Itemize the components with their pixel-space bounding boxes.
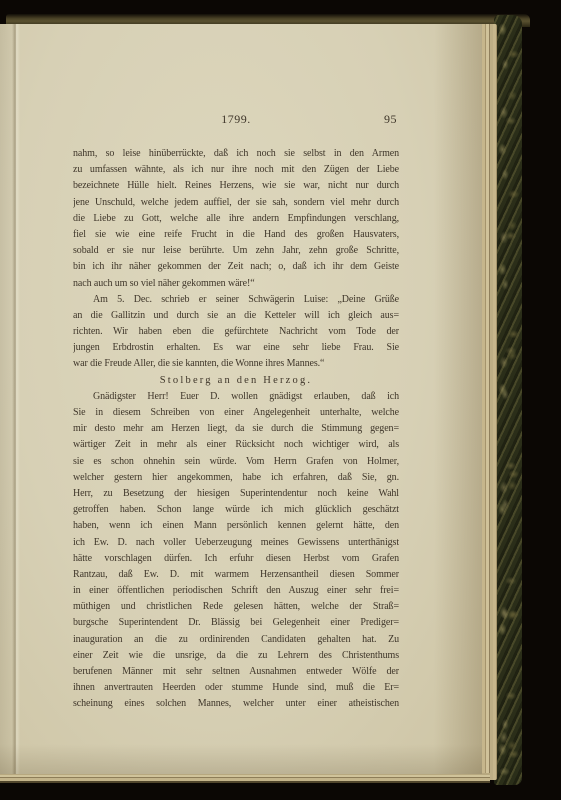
printed-area: 1799. 95 nahm, so leise hinüberrückte, d… — [73, 112, 399, 713]
text-line: getroffen haben. Schon lange würde ich m… — [73, 502, 399, 518]
text-block: nahm, so leise hinüberrückte, daß ich no… — [73, 146, 399, 713]
text-line: scheinung eines solchen Mannes, welcher … — [73, 696, 399, 712]
text-line: Sie in diesem Schreiben von einer Angele… — [73, 405, 399, 421]
text-line: Rantzau, daß Ew. D. mit warmem Herzensan… — [73, 567, 399, 583]
text-line: wärtiger Zeit in mehr als einer Rücksich… — [73, 437, 399, 453]
text-line: jungen Erbdrostin erhalten. Es war eine … — [73, 340, 399, 356]
section-heading: Stolberg an den Herzog. — [73, 373, 399, 389]
text-line: Am 5. Dec. schrieb er seiner Schwägerin … — [73, 292, 399, 308]
text-line: haben, wenn ich einen Mann persönlich ke… — [73, 518, 399, 534]
text-line: bin ich ihr näher gekommen der Zeit nach… — [73, 259, 399, 275]
text-line: ihnen anvertrauten Heerden oder stumme H… — [73, 680, 399, 696]
text-line: bezeichnete Hülle hielt. Reines Herzens,… — [73, 178, 399, 194]
text-line: sobald er sie nur leise berührte. Um zeh… — [73, 243, 399, 259]
text-line: zu umfassen wähnte, als ich nur ihre noc… — [73, 162, 399, 178]
text-line: müthigen und christlichen Rede gelesen h… — [73, 599, 399, 615]
text-line: fiel sie wie eine reife Frucht in die Ha… — [73, 227, 399, 243]
marbled-cover-edge — [494, 15, 522, 785]
text-line: nahm, so leise hinüberrückte, daß ich no… — [73, 146, 399, 162]
text-line: welcher gestern hier angekommen, habe ic… — [73, 470, 399, 486]
page-bottom-edges — [0, 773, 490, 783]
text-line: sie es schon ohnehin sein würde. Vom Her… — [73, 454, 399, 470]
text-line: die Liebe zu Gott, welche alle ihre ande… — [73, 211, 399, 227]
text-line: einer Zeit wie die unsrige, da die zu Le… — [73, 648, 399, 664]
text-line: berufenen Männer mit sehr seltnen Ausnah… — [73, 664, 399, 680]
text-line: war die Freude Aller, die sie kannten, d… — [73, 356, 399, 372]
text-line: nach auch um so viel näher gekommen wäre… — [73, 276, 399, 292]
running-head: 1799. 95 — [73, 112, 399, 146]
page-number: 95 — [384, 112, 397, 127]
book-scan-photo: 1799. 95 nahm, so leise hinüberrückte, d… — [0, 0, 561, 800]
text-line: burgsche Superintendent Dr. Blässig bei … — [73, 615, 399, 631]
text-line: Gnädigster Herr! Euer D. wollen gnädigst… — [73, 389, 399, 405]
text-line: an die Gallitzin und durch sie an die Ke… — [73, 308, 399, 324]
text-line: in einer öffentlichen periodischen Schri… — [73, 583, 399, 599]
text-line: inauguration an die zu ordinirenden Cand… — [73, 632, 399, 648]
text-line: ich Ew. D. nach voller Ueberzeugung mein… — [73, 535, 399, 551]
text-line: jene Unschuld, welche jedem auffiel, der… — [73, 195, 399, 211]
book-page: 1799. 95 nahm, so leise hinüberrückte, d… — [0, 24, 482, 774]
text-line: richten. Wir haben eben die gefürchtete … — [73, 324, 399, 340]
text-line: hätte vorschlagen dürfen. Ich erfuhr die… — [73, 551, 399, 567]
running-head-year: 1799. — [73, 112, 399, 127]
text-line: mir desto mehr am Herzen liegt, da sie d… — [73, 421, 399, 437]
text-line: Herr, zu Besetzung der hiesigen Superint… — [73, 486, 399, 502]
